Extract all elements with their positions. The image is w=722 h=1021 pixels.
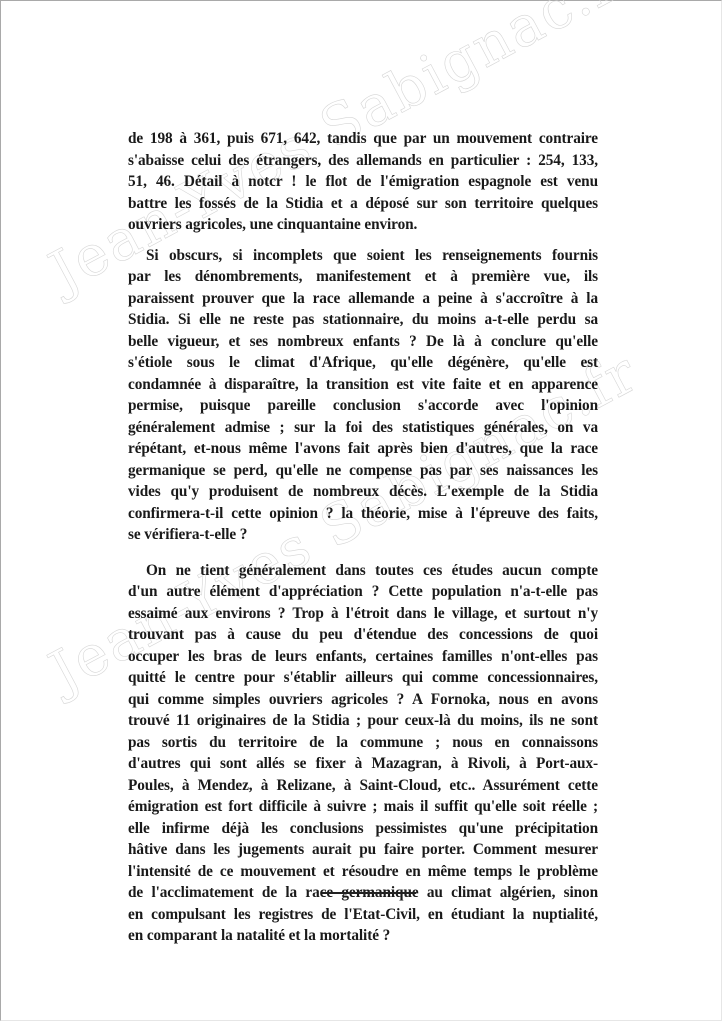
text-line: pas sortis du territoire de la commune ;… [128, 732, 598, 754]
text-line: l'intensité de ce mouvement et résoudre … [128, 861, 598, 883]
text-line: vides qu'y produisent de nombreux décès.… [128, 481, 598, 503]
text-line: émigration est fort difficile à suivre ;… [128, 796, 598, 818]
text-line: germanique se perd, qu'elle ne compense … [128, 460, 598, 482]
text-line: occuper les bras de leurs enfants, certa… [128, 646, 598, 668]
text-line: paraissent prouver que la race allemande… [128, 288, 598, 310]
text-line: ouvriers agricoles, une cinquantaine env… [128, 214, 598, 236]
text-line: quitté le centre pour s'établir ailleurs… [128, 667, 598, 689]
text-line: trouvé 11 originaires de la Stidia ; pou… [128, 710, 598, 732]
text-line: généralement admise ; sur la foi des sta… [128, 417, 598, 439]
text-line: permise, puisque pareille conclusion s'a… [128, 395, 598, 417]
text-line: en comparant la natalité et la mortalité… [128, 925, 598, 947]
text-line: essaimé aux environs ? Trop à l'étroit d… [128, 603, 598, 625]
text-line: par les dénombrements, manifestement et … [128, 266, 598, 288]
text-line: en compulsant les registres de l'Etat-Ci… [128, 904, 598, 926]
section-separator-rule [322, 892, 416, 894]
text-line: de 198 à 361, puis 671, 642, tandis que … [128, 128, 598, 150]
paragraph-2: Si obscurs, si incomplets que soient les… [128, 245, 598, 546]
text-line: qui comme simples ouvriers agricoles ? A… [128, 689, 598, 711]
text-line: d'un autre élément d'appréciation ? Cett… [128, 581, 598, 603]
text-line: On ne tient généralement dans toutes ces… [128, 560, 598, 582]
text-line: s'étiole sous le climat d'Afrique, qu'el… [128, 352, 598, 374]
text-line: s'abaisse celui des étrangers, des allem… [128, 150, 598, 172]
text-line: confirmera-t-il cette opinion ? la théor… [128, 503, 598, 525]
text-line: hâtive dans les jugements aurait pu fair… [128, 839, 598, 861]
text-line: condamnée à disparaître, la transition e… [128, 374, 598, 396]
document-body: de 198 à 361, puis 671, 642, tandis que … [128, 128, 598, 947]
text-line: se vérifiera-t-elle ? [128, 524, 598, 546]
text-line: répétant, et-nous même l'avons fait aprè… [128, 438, 598, 460]
text-line: elle infirme déjà les conclusions pessim… [128, 818, 598, 840]
text-line: Si obscurs, si incomplets que soient les… [128, 245, 598, 267]
paragraph-3: On ne tient généralement dans toutes ces… [128, 560, 598, 947]
text-line: battre les fossés de la Stidia et a dépo… [128, 193, 598, 215]
text-line: Poules, à Mendez, à Relizane, à Saint-Cl… [128, 775, 598, 797]
text-line: d'autres qui sont allés se fixer à Mazag… [128, 753, 598, 775]
text-line: belle vigueur, et ses nombreux enfants ?… [128, 331, 598, 353]
text-line: Stidia. Si elle ne reste pas stationnair… [128, 309, 598, 331]
paragraph-1: de 198 à 361, puis 671, 642, tandis que … [128, 128, 598, 236]
text-line: 51, 46. Détail à notcr ! le flot de l'ém… [128, 171, 598, 193]
text-line: trouvant pas à cause du peu d'étendue de… [128, 624, 598, 646]
